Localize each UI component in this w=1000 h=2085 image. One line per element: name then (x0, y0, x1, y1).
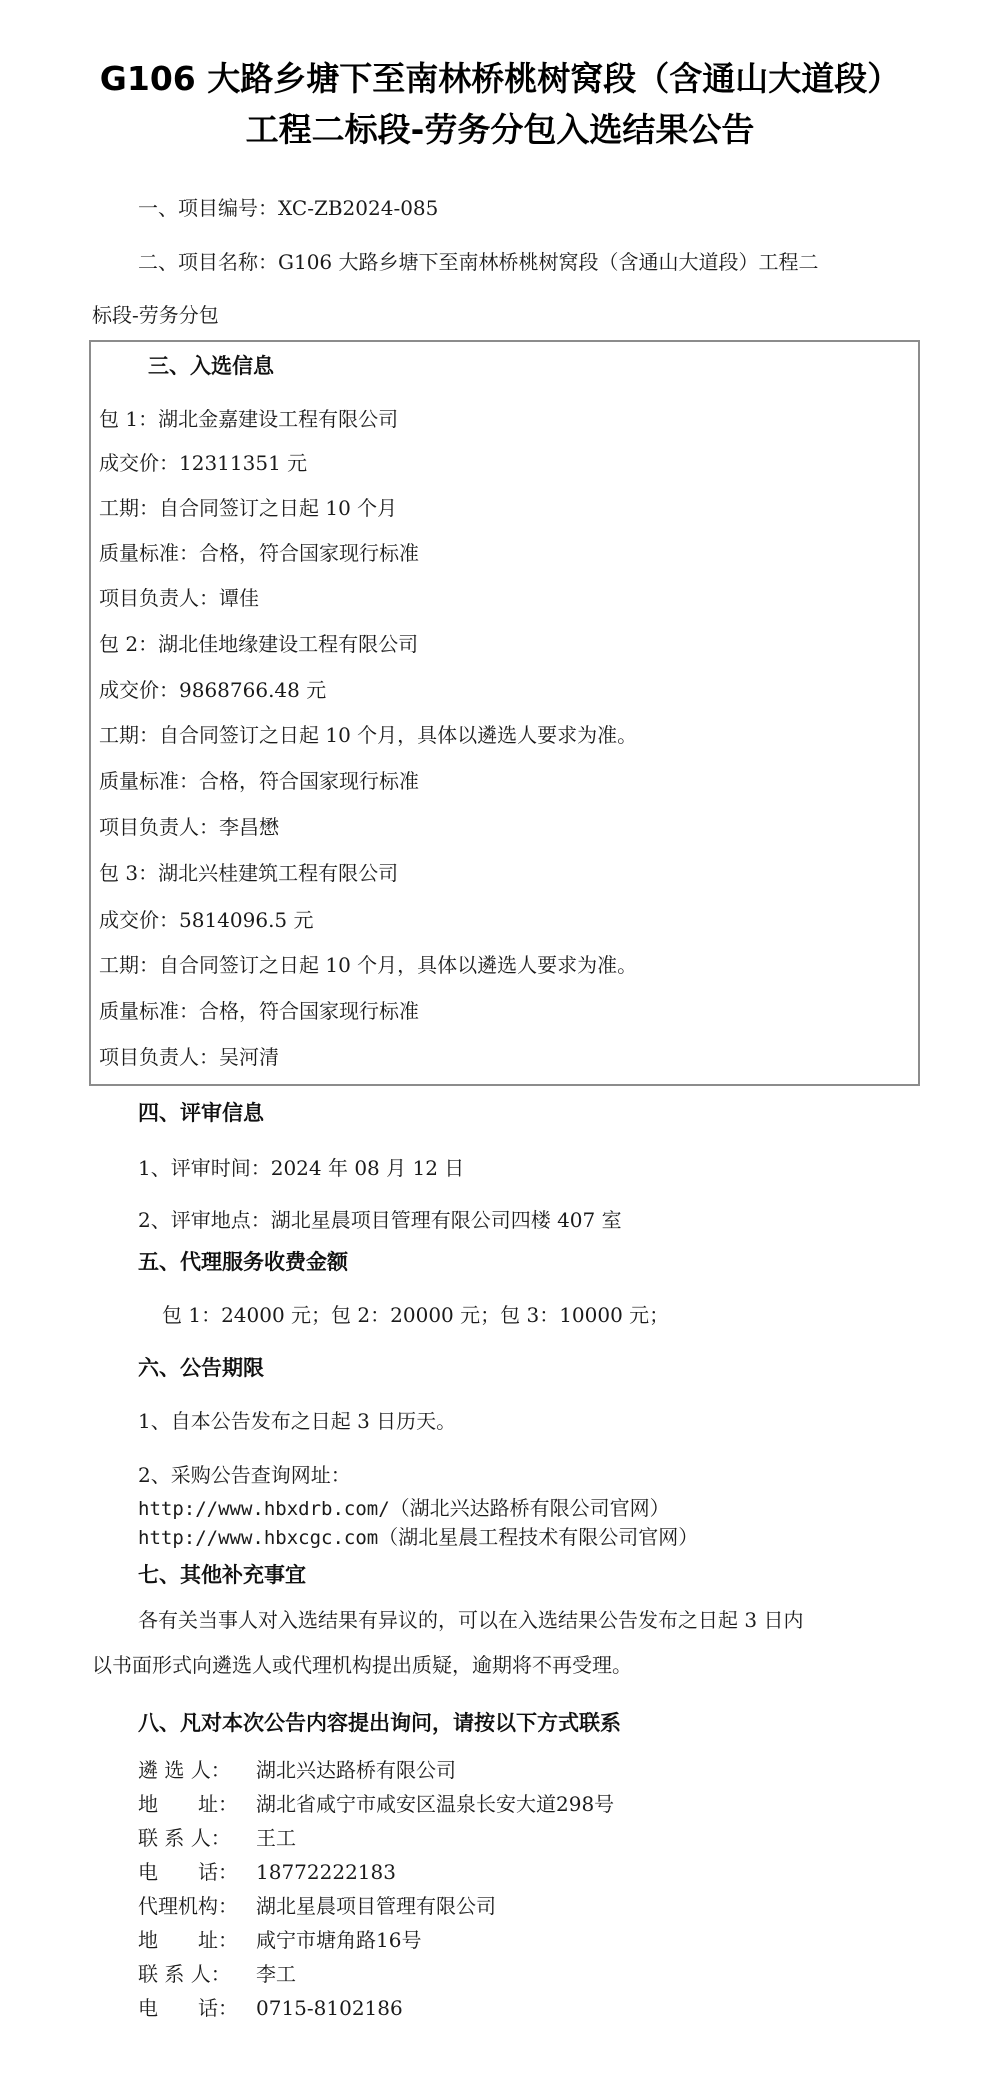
document-title-line-1: G106 大路乡塘下至南林桥桃树窝段（含通山大道段） (0, 62, 1000, 95)
review-time: 1、评审时间：2024 年 08 月 12 日 (138, 1158, 464, 1178)
package-1-quality: 质量标准：合格，符合国家现行标准 (99, 543, 419, 563)
package-3-duration: 工期：自合同签订之日起 10 个月，具体以遴选人要求为准。 (99, 955, 637, 975)
contact-row-agency-phone: 电 话：0715-8102186 (138, 1998, 403, 2018)
contact-value: 0715-8102186 (256, 1996, 403, 2020)
section-5-heading: 五、代理服务收费金额 (138, 1251, 348, 1272)
review-place: 2、评审地点：湖北星晨项目管理有限公司四楼 407 室 (138, 1210, 622, 1230)
query-link-2[interactable]: http://www.hbxcgc.com（湖北星晨工程技术有限公司官网） (138, 1527, 698, 1548)
project-name: 二、项目名称：G106 大路乡塘下至南林桥桃树窝段（含通山大道段）工程二 (138, 252, 819, 272)
query-link-1-note: （湖北兴达路桥有限公司官网） (390, 1496, 670, 1520)
query-link-2-url[interactable]: http://www.hbxcgc.com (138, 1527, 378, 1549)
project-name-value-line-1: G106 大路乡塘下至南林桥桃树窝段（含通山大道段）工程二 (278, 250, 819, 274)
announcement-period: 1、自本公告发布之日起 3 日历天。 (138, 1411, 456, 1431)
contact-value: 湖北星晨项目管理有限公司 (256, 1894, 496, 1918)
contact-label: 联 系 人： (138, 1964, 256, 1984)
project-number-value: XC-ZB2024-085 (278, 196, 438, 220)
contact-row-selector-address: 地 址：湖北省咸宁市咸安区温泉长安大道298号 (138, 1794, 614, 1814)
package-3-company: 包 3：湖北兴桂建筑工程有限公司 (99, 863, 398, 883)
contact-label: 遴 选 人： (138, 1760, 256, 1780)
contact-row-selector: 遴 选 人：湖北兴达路桥有限公司 (138, 1760, 456, 1780)
package-1-duration: 工期：自合同签订之日起 10 个月 (99, 498, 397, 518)
contact-row-agency-person: 联 系 人：李工 (138, 1964, 296, 1984)
contact-value: 湖北省咸宁市咸安区温泉长安大道298号 (256, 1792, 614, 1816)
contact-value: 李工 (256, 1962, 296, 1986)
query-link-1[interactable]: http://www.hbxdrb.com/（湖北兴达路桥有限公司官网） (138, 1498, 670, 1519)
section-8-heading: 八、凡对本次公告内容提出询问，请按以下方式联系 (138, 1712, 621, 1733)
contact-label: 电 话： (138, 1862, 256, 1882)
package-3-manager: 项目负责人：吴河清 (99, 1047, 279, 1067)
package-2-duration: 工期：自合同签订之日起 10 个月，具体以遴选人要求为准。 (99, 725, 637, 745)
section-3-heading: 三、入选信息 (148, 355, 274, 376)
project-name-value-line-2: 标段-劳务分包 (92, 305, 219, 325)
package-3-quality: 质量标准：合格，符合国家现行标准 (99, 1001, 419, 1021)
contact-value: 王工 (256, 1826, 296, 1850)
objection-text-line-1: 各有关当事人对入选结果有异议的，可以在入选结果公告发布之日起 3 日内 (138, 1610, 803, 1630)
query-link-2-note: （湖北星晨工程技术有限公司官网） (378, 1525, 698, 1549)
contact-row-selector-person: 联 系 人：王工 (138, 1828, 296, 1848)
query-url-label: 2、采购公告查询网址： (138, 1465, 351, 1485)
contact-row-agency-address: 地 址：咸宁市塘角路16号 (138, 1930, 421, 1950)
package-2-manager: 项目负责人：李昌懋 (99, 817, 279, 837)
section-6-heading: 六、公告期限 (138, 1357, 264, 1378)
package-2-quality: 质量标准：合格，符合国家现行标准 (99, 771, 419, 791)
contact-value: 18772222183 (256, 1860, 396, 1884)
objection-text-line-2: 以书面形式向遴选人或代理机构提出质疑，逾期将不再受理。 (92, 1655, 632, 1675)
section-7-heading: 七、其他补充事宜 (138, 1564, 306, 1585)
package-2-price: 成交价：9868766.48 元 (99, 680, 326, 700)
contact-value: 湖北兴达路桥有限公司 (256, 1758, 456, 1782)
contact-value: 咸宁市塘角路16号 (256, 1928, 421, 1952)
contact-label: 代理机构： (138, 1896, 256, 1916)
package-1-price: 成交价：12311351 元 (99, 453, 307, 473)
package-1-manager: 项目负责人：谭佳 (99, 588, 259, 608)
package-2-company: 包 2：湖北佳地缘建设工程有限公司 (99, 634, 418, 654)
contact-label: 联 系 人： (138, 1828, 256, 1848)
agency-fees: 包 1：24000 元；包 2：20000 元；包 3：10000 元； (162, 1305, 669, 1325)
section-4-heading: 四、评审信息 (138, 1102, 264, 1123)
contact-row-selector-phone: 电 话：18772222183 (138, 1862, 396, 1882)
project-name-label: 二、项目名称： (138, 250, 278, 274)
contact-label: 地 址： (138, 1794, 256, 1814)
contact-row-agency: 代理机构：湖北星晨项目管理有限公司 (138, 1896, 496, 1916)
project-number-label: 一、项目编号： (138, 196, 278, 220)
document-title-line-2: 工程二标段-劳务分包入选结果公告 (0, 113, 1000, 146)
package-1-company: 包 1：湖北金嘉建设工程有限公司 (99, 409, 398, 429)
contact-label: 地 址： (138, 1930, 256, 1950)
query-link-1-url[interactable]: http://www.hbxdrb.com/ (138, 1498, 390, 1520)
package-3-price: 成交价：5814096.5 元 (99, 910, 314, 930)
contact-label: 电 话： (138, 1998, 256, 2018)
project-number: 一、项目编号：XC-ZB2024-085 (138, 198, 438, 218)
